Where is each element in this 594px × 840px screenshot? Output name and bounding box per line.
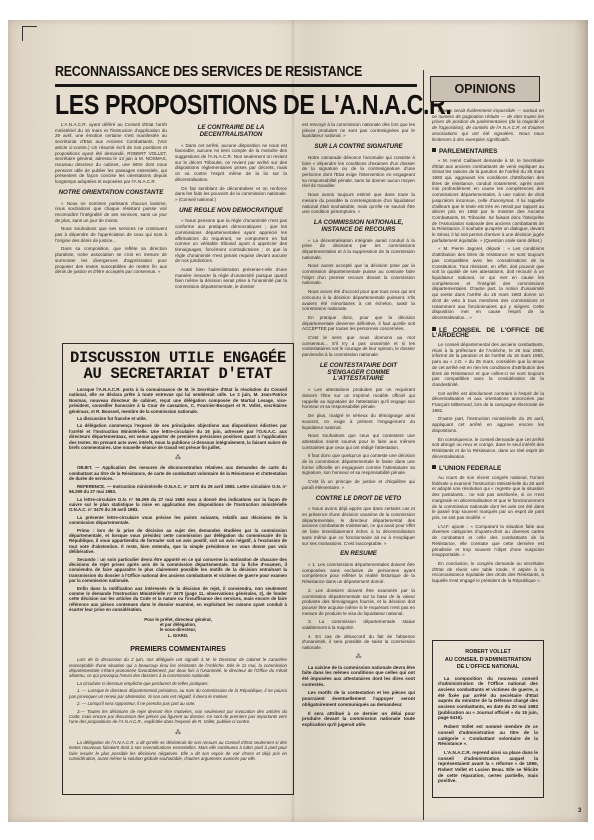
- paragraph: OBJET. — Application des mesures de déco…: [69, 465, 287, 481]
- intro-paragraphs: L'A.N.A.C.R. ayant déféré au Conseil d'E…: [55, 122, 167, 185]
- comments-text: Lors de la discussion du 2 juin, nos dél…: [69, 657, 287, 724]
- paragraph: Nous souhaitons que ses services ne cont…: [55, 226, 167, 243]
- crop-mark: [22, 26, 37, 41]
- opinions-label: OPINIONS: [454, 82, 515, 96]
- discussion-separator: ⁂: [69, 454, 287, 461]
- subheading-contestataire: LE CONTESTATAIRE DOIT S'ENGAGER COMME L'…: [302, 363, 415, 383]
- column-divider: [423, 70, 424, 820]
- line: DE L'OFFICE NATIONAL: [438, 664, 538, 672]
- paragraph: La discussion fut franche et utile.: [69, 416, 287, 421]
- square-bullet-icon: [432, 465, 436, 469]
- opinion-sections: PARLEMENTAIRES« M. Henri Caillavet deman…: [432, 148, 544, 584]
- paragraph: Dans sa composition, que reflète sa dire…: [55, 246, 167, 275]
- paragraph: REFERENCE. — Instruction ministérielle O…: [69, 484, 287, 495]
- closing-paragraph: La délégation de l'A.N.A.C.R. a dit qu'e…: [69, 740, 287, 762]
- paragraph: 4. En cas de désaccord du fait de l'abse…: [302, 634, 415, 651]
- intro-column-1: L'A.N.A.C.R. ayant déféré au Conseil d'E…: [55, 122, 167, 337]
- subheading-decentralisation: LE CONTRAIRE DE LA DECENTRALISATION: [175, 125, 287, 139]
- opinions-column: Il nous serait évidemment impossible — s…: [432, 108, 544, 628]
- vollet-box: ROBERT VOLLETAU CONSEIL D'ADMINISTRATION…: [432, 640, 544, 798]
- subheading-orientation: NOTRE ORIENTATION CONSTANTE: [55, 190, 167, 197]
- headline-rule: [55, 84, 417, 87]
- subheading-contre-signature: SUR LA CONTRE SIGNATURE: [302, 144, 415, 151]
- paragraph: Au cours de son récent congrès national,…: [432, 475, 544, 521]
- opinion-section-title: LE CONSEIL DE L'OFFICE DE L'ARDECHE: [432, 327, 544, 339]
- paragraph: Secundo : un soin particulier devra être…: [69, 557, 287, 584]
- vollet-title: ROBERT VOLLETAU CONSEIL D'ADMINISTRATION…: [438, 649, 538, 672]
- paragraph: C'est le sens que nous donnons au mot co…: [302, 335, 415, 358]
- paragraph: Primo : lors de la prise de décision au …: [69, 528, 287, 555]
- column-3: est renvoyé à la commission nationale dè…: [302, 122, 415, 810]
- paragraph: « La décentralisation intégrale aurait c…: [302, 238, 415, 261]
- discussion-title-2: AU SECRETARIAT D'ETAT: [69, 366, 287, 382]
- circular-signature: Pour le préfet, directeur général,et par…: [69, 617, 287, 639]
- paragraph: Aussi bien l'administration présente-t-e…: [175, 267, 287, 290]
- paragraph: « 1. Les commissions départementales doi…: [302, 562, 415, 585]
- paragraph: « Nous avons déjà appris que dans certai…: [302, 506, 415, 546]
- orientation-paragraphs: « Nous ne sommes partisans d'aucun laxis…: [55, 201, 167, 275]
- opinions-intro: Il nous serait évidemment impossible — s…: [432, 108, 544, 142]
- square-bullet-icon: [432, 148, 436, 152]
- subheading-resume: EN RESUME: [302, 551, 415, 558]
- subheading-veto: CONTRE LE DROIT DE VETO: [302, 496, 415, 503]
- paragraph: « Nous ne sommes partisans d'aucun laxis…: [55, 201, 167, 224]
- comments-separator: ⁂: [69, 729, 287, 736]
- paragraph: La lettre-circulaire O.N. n° 56.299 du 2…: [69, 497, 287, 513]
- page-headline: LES PROPOSITIONS DE L'A.N.A.C.R.: [55, 89, 387, 121]
- paragraph: La circulaire ci-dessous empêche que per…: [69, 681, 287, 686]
- paragraph: De plus, malgré le sérieux du témoignage…: [302, 413, 415, 430]
- subheading-commission-nationale: LA COMMISSION NATIONALE, INSTANCE DE REC…: [302, 220, 415, 234]
- regle-paragraphs: « Nous pensons que la règle d'unanimité …: [175, 218, 287, 289]
- line: L. GIARD.: [69, 633, 287, 638]
- opinion-section-title: PARLEMENTAIRES: [432, 148, 544, 155]
- commission-paragraphs: « La décentralisation intégrale aurait c…: [302, 238, 415, 358]
- square-bullet-icon: [432, 327, 436, 331]
- decentralisation-paragraphs: « Dans cet arrêté, aucune disposition ne…: [175, 143, 287, 203]
- paragraph: 1. — Lorsque le directeur départemental …: [69, 688, 287, 699]
- page-edge-shadow: [574, 20, 588, 822]
- line: AU CONSEIL D'ADMINISTRATION: [438, 657, 538, 665]
- closing-text: La délégation de l'A.N.A.C.R. a dit qu'e…: [69, 740, 287, 762]
- paragraph: Nous souhaitons que ceux qui contestent …: [302, 433, 415, 450]
- paragraph: On fait semblant de décentraliser et on …: [175, 186, 287, 203]
- col3-lead: est renvoyé à la commission nationale dè…: [302, 122, 415, 139]
- opinion-section-title: L'UNION FEDERALE: [432, 465, 544, 472]
- page-number: 3: [578, 808, 581, 814]
- paragraph: Cet arrêté est absolument contraire à l'…: [432, 391, 544, 414]
- paragraph: Lors de la discussion du 2 juin, nos dél…: [69, 657, 287, 679]
- paragraph: Nous avons accepté que la décision prise…: [302, 263, 415, 286]
- comments-title: PREMIERS COMMENTAIRES: [69, 646, 287, 653]
- paragraph: L'A.N.A.C.R. ayant déféré au Conseil d'E…: [55, 122, 167, 185]
- circular-text: OBJET. — Application des mesures de déco…: [69, 465, 287, 612]
- discussion-intro: Lorsque l'A.N.A.C.R. porta à la connaiss…: [69, 387, 287, 450]
- subheading-regle: UNE REGLE NON DEMOCRATIQUE: [175, 208, 287, 215]
- contre-signature-paragraphs: Notre camarade dénonce l'anomalie qui co…: [302, 155, 415, 215]
- resume-paragraphs: « 1. Les commissions départementales doi…: [302, 562, 415, 651]
- paragraph: « Nous pensons que la règle d'unanimité …: [175, 218, 287, 264]
- paragraph: Nous avons été d'accord pour que tous ce…: [302, 289, 415, 312]
- paragraph: « M. Henri Caillavet demande à M. le Sec…: [432, 158, 544, 244]
- paragraph: C'est là un principe de justice et d'équ…: [302, 479, 415, 490]
- paragraph: La saisine de la commission nationale de…: [302, 665, 415, 688]
- paragraph: La délégation commença l'exposé de ses p…: [69, 423, 287, 450]
- paragraph: Les motifs de la contestation et les piè…: [302, 690, 415, 707]
- paragraph: Lorsque l'A.N.A.C.R. porta à la connaiss…: [69, 387, 287, 414]
- discussion-title-1: DISCUSSION UTILE ENGAGÉE: [69, 350, 287, 366]
- paragraph: 3. La commission départementale statue v…: [302, 619, 415, 630]
- paragraph: D'autre part, l'instruction ministériell…: [432, 416, 544, 433]
- paragraph: L'U.F. ajoute : « Comparant la situation…: [432, 524, 544, 558]
- paragraph: 3.— Toutes les décisions de rejet devron…: [69, 709, 287, 725]
- saisine-paragraphs: La saisine de la commission nationale de…: [302, 665, 415, 728]
- opinions-label-box: OPINIONS: [430, 76, 540, 102]
- paragraph: « Les attestations produites par un requ…: [302, 387, 415, 410]
- paragraph: 2. Les dossiers doivent être examinés pa…: [302, 588, 415, 617]
- paragraph: En conclusion, le congrès demande au sec…: [432, 561, 544, 584]
- paragraph: Robert Vollet est nommé membre de ce con…: [438, 724, 538, 747]
- intro-column-2: LE CONTRAIRE DE LA DECENTRALISATION « Da…: [175, 120, 287, 335]
- paragraph: Notre camarade dénonce l'anomalie qui co…: [302, 155, 415, 189]
- paragraph: Nous avons toujours estimé que dans tout…: [302, 192, 415, 215]
- line: ROBERT VOLLET: [438, 649, 538, 657]
- paragraph: La composition du nouveau conseil d'admi…: [438, 676, 538, 722]
- paragraph: La présente lettre-circulaire vous préci…: [69, 515, 287, 526]
- paragraph: « Dans cet arrêté, aucune disposition ne…: [175, 143, 287, 183]
- paragraph: 2. — Lorsqu'il sera rapporteur, il ne pr…: [69, 701, 287, 706]
- discussion-box: DISCUSSION UTILE ENGAGÉE AU SECRETARIAT …: [62, 343, 294, 795]
- section-kicker: RECONNAISSANCE DES SERVICES DE RESISTANC…: [55, 64, 366, 80]
- paragraph: « M. Pierre Jagoret, député : « Les cond…: [432, 246, 544, 320]
- paragraph: En pratique donc, pour que la décision d…: [302, 315, 415, 332]
- paragraph: Il faut donc que quelqu'un qui conteste …: [302, 453, 415, 476]
- paragraph: L'A.N.A.C.R. reprend ainsi sa place dans…: [438, 750, 538, 784]
- paragraph: Le conseil départemental des anciens com…: [432, 342, 544, 388]
- paragraph: Il sera attribué à ce dernier un délai p…: [302, 711, 415, 728]
- paragraph: Enfin dans la notification aux intéressé…: [69, 586, 287, 613]
- section-separator: ⁂: [302, 655, 415, 661]
- veto-paragraphs: « Nous avons déjà appris que dans certai…: [302, 506, 415, 546]
- contestataire-paragraphs: « Les attestations produites par un requ…: [302, 387, 415, 490]
- vollet-paragraphs: La composition du nouveau conseil d'admi…: [438, 676, 538, 785]
- paragraph: En conséquence, le conseil demande que c…: [432, 437, 544, 460]
